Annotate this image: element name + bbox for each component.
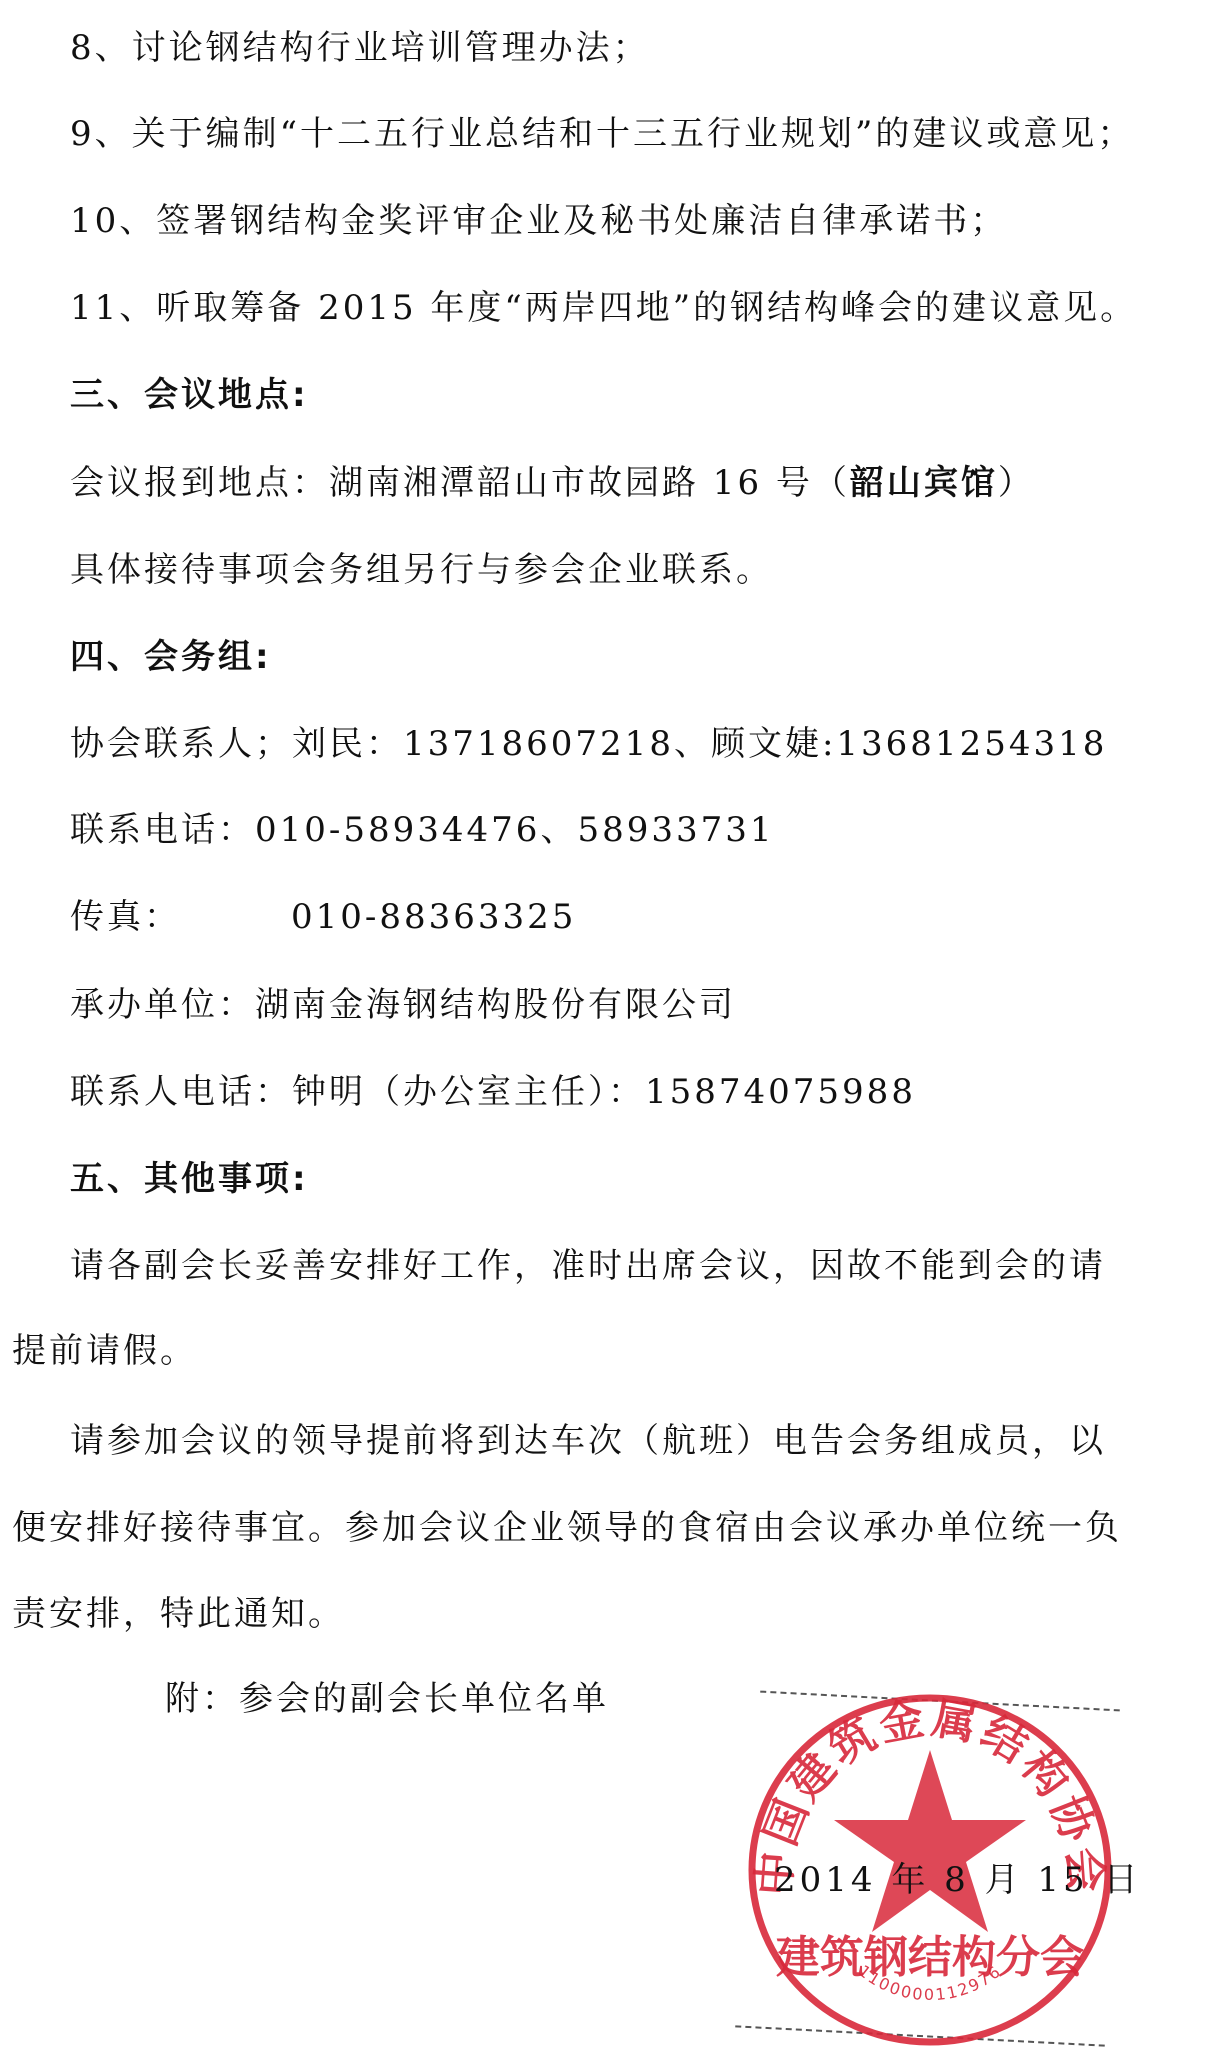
contact-phone: 联系电话：010-58934476、58933731 — [70, 808, 775, 852]
agenda-item-9: 9、关于编制“十二五行业总结和十三五行业规划”的建议或意见； — [70, 112, 1134, 156]
venue-hotel: 韶山宾馆 — [850, 463, 998, 503]
svg-text:建筑钢结构分会: 建筑钢结构分会 — [776, 1932, 1084, 1983]
star-icon — [834, 1750, 1026, 1932]
para2-line1: 请参加会议的领导提前将到达车次（航班）电告会务组成员，以 — [70, 1419, 1106, 1463]
agenda-item-8: 8、讨论钢结构行业培训管理办法； — [70, 26, 650, 70]
para2-line3: 责安排，特此通知。 — [12, 1592, 345, 1636]
fax-label: 传真： — [70, 897, 181, 937]
venue-address-suffix: ） — [998, 463, 1035, 503]
venue-address: 会议报到地点：湖南湘潭韶山市故园路 16 号（韶山宾馆） — [70, 461, 1035, 505]
fax: 传真：010-88363325 — [70, 895, 576, 939]
para1-line1: 请各副会长妥善安排好工作，准时出席会议，因故不能到会的请 — [70, 1244, 1106, 1288]
section-heading-other: 五、其他事项: — [70, 1157, 309, 1201]
reception-note: 具体接待事项会务组另行与参会企业联系。 — [70, 548, 773, 592]
section-heading-secretariat: 四、会务组: — [70, 635, 272, 679]
agenda-item-11: 11、听取筹备 2015 年度“两岸四地”的钢结构峰会的建议意见。 — [70, 286, 1137, 330]
agenda-item-10: 10、签署钢结构金奖评审企业及秘书处廉洁自律承诺书； — [70, 199, 1007, 243]
attachment-note: 附：参会的副会长单位名单 — [165, 1677, 609, 1721]
association-contacts: 协会联系人；刘民：13718607218、顾文婕:13681254318 — [70, 722, 1107, 766]
venue-address-prefix: 会议报到地点：湖南湘潭韶山市故园路 16 号（ — [70, 463, 850, 503]
fax-value: 010-88363325 — [291, 897, 576, 937]
para1-line2: 提前请假。 — [12, 1329, 197, 1373]
document-date: 2014 年 8 月 15 日 — [774, 1852, 1141, 1901]
para2-line2: 便安排好接待事宜。参加会议企业领导的食宿由会议承办单位统一负 — [12, 1506, 1122, 1550]
section-heading-venue: 三、会议地点: — [70, 373, 309, 417]
organizer: 承办单位：湖南金海钢结构股份有限公司 — [70, 983, 736, 1027]
organizer-contact: 联系人电话：钟明（办公室主任）：15874075988 — [70, 1070, 916, 1114]
